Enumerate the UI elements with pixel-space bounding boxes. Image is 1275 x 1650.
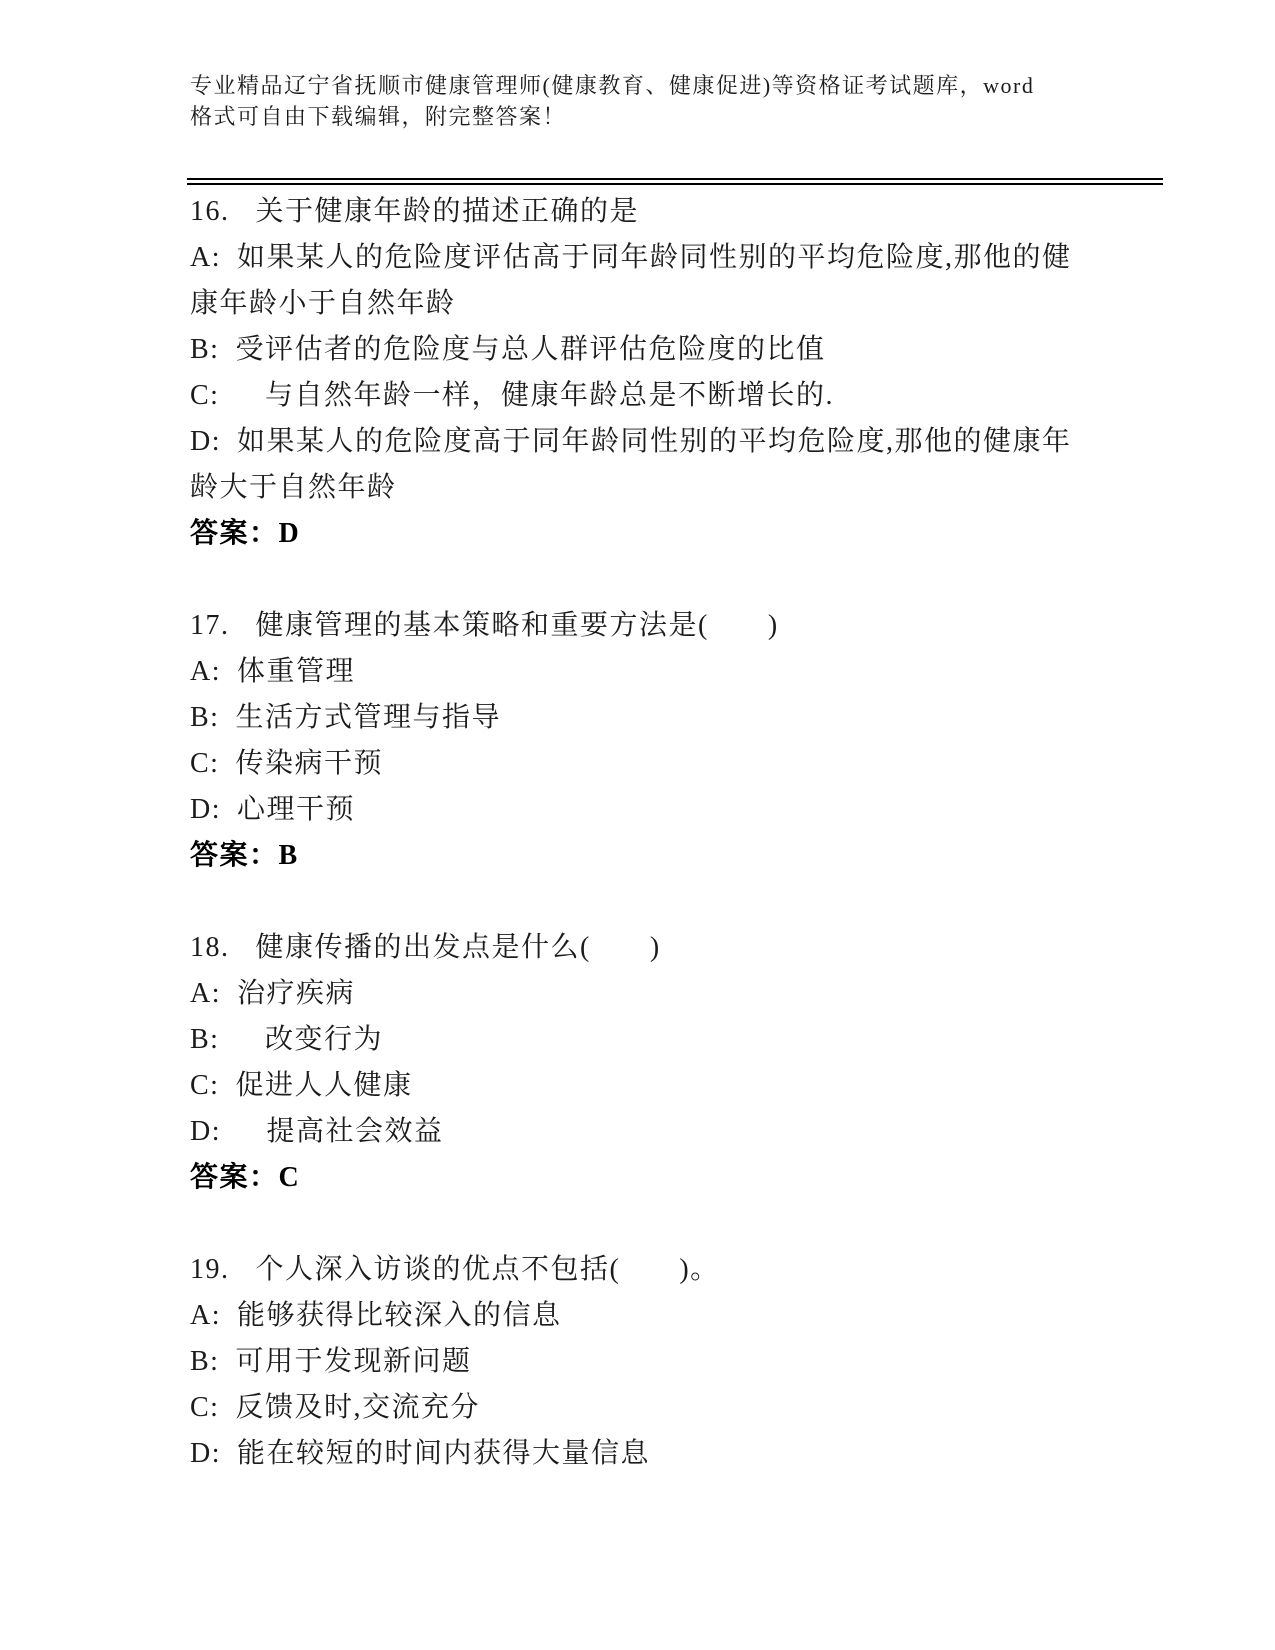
option-label: B: bbox=[190, 1346, 219, 1377]
question-line: 19.个人深入访谈的优点不包括( )。 bbox=[190, 1247, 1085, 1293]
option-line-c: C: 与自然年龄一样，健康年龄总是不断增长的. bbox=[190, 373, 1085, 419]
option-label: B: bbox=[190, 334, 219, 365]
option-line-c: C:反馈及时,交流充分 bbox=[190, 1385, 1085, 1431]
option-label: D: bbox=[190, 1438, 221, 1469]
option-label: C: bbox=[190, 1070, 219, 1101]
option-line-d: D: 提高社会效益 bbox=[190, 1109, 1085, 1155]
question-number: 17. bbox=[190, 610, 230, 641]
answer-value: B bbox=[279, 840, 299, 871]
questions-area: 16.关于健康年龄的描述正确的是 A:如果某人的危险度评估高于同年龄同性别的平均… bbox=[190, 189, 1085, 1523]
option-text: 生活方式管理与指导 bbox=[235, 702, 501, 733]
question-text: 个人深入访谈的优点不包括( )。 bbox=[256, 1254, 720, 1285]
option-text: 提高社会效益 bbox=[237, 1116, 444, 1147]
header-divider-rule bbox=[187, 178, 1163, 185]
option-text: 传染病干预 bbox=[235, 748, 383, 779]
option-line-b: B:可用于发现新问题 bbox=[190, 1339, 1085, 1385]
question-text: 健康管理的基本策略和重要方法是( ) bbox=[256, 610, 779, 641]
option-label: A: bbox=[190, 242, 221, 273]
option-line-d: D:心理干预 bbox=[190, 787, 1085, 833]
option-label: D: bbox=[190, 1116, 221, 1147]
option-text: 与自然年龄一样，健康年龄总是不断增长的. bbox=[235, 380, 834, 411]
document-page: 专业精品辽宁省抚顺市健康管理师(健康教育、健康促进)等资格证考试题库，word … bbox=[0, 0, 1275, 1650]
option-line-c: C:促进人人健康 bbox=[190, 1063, 1085, 1109]
option-label: D: bbox=[190, 794, 221, 825]
option-text: 能在较短的时间内获得大量信息 bbox=[237, 1438, 650, 1469]
option-label: A: bbox=[190, 978, 221, 1009]
answer-line: 答案：C bbox=[190, 1155, 1085, 1201]
option-label: C: bbox=[190, 748, 219, 779]
option-text: 改变行为 bbox=[235, 1024, 383, 1055]
option-line-d: D:能在较短的时间内获得大量信息 bbox=[190, 1431, 1085, 1477]
question-text: 健康传播的出发点是什么( ) bbox=[256, 932, 661, 963]
answer-label: 答案： bbox=[190, 840, 279, 871]
option-line-a: A:能够获得比较深入的信息 bbox=[190, 1293, 1085, 1339]
option-text: 体重管理 bbox=[237, 656, 355, 687]
option-text: 受评估者的危险度与总人群评估危险度的比值 bbox=[235, 334, 825, 365]
answer-line: 答案：D bbox=[190, 511, 1085, 557]
question-number: 16. bbox=[190, 196, 230, 227]
option-label: A: bbox=[190, 1300, 221, 1331]
option-label: D: bbox=[190, 426, 221, 457]
option-line-b: B:生活方式管理与指导 bbox=[190, 695, 1085, 741]
option-text: 可用于发现新问题 bbox=[235, 1346, 471, 1377]
option-line-a: A:如果某人的危险度评估高于同年龄同性别的平均危险度,那他的健康年龄小于自然年龄 bbox=[190, 235, 1085, 327]
answer-line: 答案：B bbox=[190, 833, 1085, 879]
answer-value: C bbox=[279, 1162, 301, 1193]
option-text: 如果某人的危险度高于同年龄同性别的平均危险度,那他的健康年龄大于自然年龄 bbox=[190, 426, 1072, 503]
option-line-a: A:体重管理 bbox=[190, 649, 1085, 695]
question-line: 16.关于健康年龄的描述正确的是 bbox=[190, 189, 1085, 235]
option-label: C: bbox=[190, 1392, 219, 1423]
question-line: 18.健康传播的出发点是什么( ) bbox=[190, 925, 1085, 971]
answer-label: 答案： bbox=[190, 518, 279, 549]
question-block-19: 19.个人深入访谈的优点不包括( )。 A:能够获得比较深入的信息 B:可用于发… bbox=[190, 1247, 1085, 1477]
option-label: B: bbox=[190, 702, 219, 733]
question-line: 17.健康管理的基本策略和重要方法是( ) bbox=[190, 603, 1085, 649]
question-block-18: 18.健康传播的出发点是什么( ) A:治疗疾病 B: 改变行为 C:促进人人健… bbox=[190, 925, 1085, 1201]
option-line-b: B:受评估者的危险度与总人群评估危险度的比值 bbox=[190, 327, 1085, 373]
option-text: 能够获得比较深入的信息 bbox=[237, 1300, 562, 1331]
option-label: B: bbox=[190, 1024, 219, 1055]
question-number: 18. bbox=[190, 932, 230, 963]
option-text: 促进人人健康 bbox=[235, 1070, 412, 1101]
option-text: 心理干预 bbox=[237, 794, 355, 825]
option-text: 治疗疾病 bbox=[237, 978, 355, 1009]
header-note-line1: 专业精品辽宁省抚顺市健康管理师(健康教育、健康促进)等资格证考试题库，word bbox=[190, 70, 1070, 101]
answer-label: 答案： bbox=[190, 1162, 279, 1193]
option-text: 如果某人的危险度评估高于同年龄同性别的平均危险度,那他的健康年龄小于自然年龄 bbox=[190, 242, 1072, 319]
question-number: 19. bbox=[190, 1254, 230, 1285]
question-block-17: 17.健康管理的基本策略和重要方法是( ) A:体重管理 B:生活方式管理与指导… bbox=[190, 603, 1085, 879]
option-label: A: bbox=[190, 656, 221, 687]
option-line-a: A:治疗疾病 bbox=[190, 971, 1085, 1017]
question-text: 关于健康年龄的描述正确的是 bbox=[256, 196, 640, 227]
option-text: 反馈及时,交流充分 bbox=[235, 1392, 480, 1423]
header-note-line2: 格式可自由下载编辑，附完整答案！ bbox=[190, 101, 1070, 132]
answer-value: D bbox=[279, 518, 301, 549]
option-line-d: D:如果某人的危险度高于同年龄同性别的平均危险度,那他的健康年龄大于自然年龄 bbox=[190, 419, 1085, 511]
header-note: 专业精品辽宁省抚顺市健康管理师(健康教育、健康促进)等资格证考试题库，word … bbox=[190, 70, 1070, 132]
option-label: C: bbox=[190, 380, 219, 411]
option-line-b: B: 改变行为 bbox=[190, 1017, 1085, 1063]
option-line-c: C:传染病干预 bbox=[190, 741, 1085, 787]
question-block-16: 16.关于健康年龄的描述正确的是 A:如果某人的危险度评估高于同年龄同性别的平均… bbox=[190, 189, 1085, 557]
